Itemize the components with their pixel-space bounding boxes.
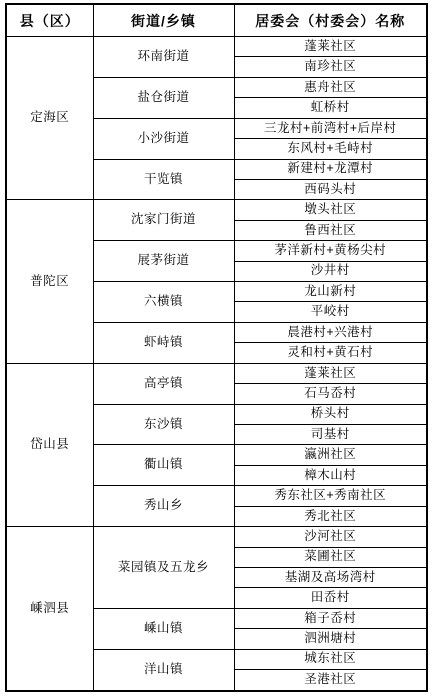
village-cell: 菜圃社区 bbox=[234, 547, 427, 567]
town-cell: 干览镇 bbox=[93, 159, 234, 200]
county-cell: 定海区 bbox=[6, 37, 93, 200]
village-cell: 晨港村+兴港村 bbox=[234, 322, 427, 342]
town-cell: 东沙镇 bbox=[93, 404, 234, 445]
village-cell: 司基村 bbox=[234, 425, 427, 445]
village-cell: 平峧村 bbox=[234, 302, 427, 322]
admin-divisions-table: 县（区） 街道/乡镇 居委会（村委会）名称 定海区 环南街道 蓬莱社区 南珍社区… bbox=[5, 3, 428, 692]
village-cell: 灵和村+黄石村 bbox=[234, 343, 427, 363]
village-cell: 秀东社区+秀南社区 bbox=[234, 486, 427, 506]
town-cell: 菜园镇及五龙乡 bbox=[93, 527, 234, 609]
village-cell: 龙山新村 bbox=[234, 282, 427, 302]
county-cell: 嵊泗县 bbox=[6, 527, 93, 691]
village-cell: 墩头社区 bbox=[234, 200, 427, 220]
header-village: 居委会（村委会）名称 bbox=[234, 4, 427, 37]
village-cell: 石马岙村 bbox=[234, 384, 427, 404]
village-cell: 蓬莱社区 bbox=[234, 37, 427, 57]
document-page: 县（区） 街道/乡镇 居委会（村委会）名称 定海区 环南街道 蓬莱社区 南珍社区… bbox=[0, 0, 432, 699]
header-town: 街道/乡镇 bbox=[93, 4, 234, 37]
town-cell: 沈家门街道 bbox=[93, 200, 234, 241]
town-cell: 高亭镇 bbox=[93, 363, 234, 404]
table-row: 定海区 环南街道 蓬莱社区 bbox=[6, 37, 427, 57]
village-cell: 沙河社区 bbox=[234, 527, 427, 547]
village-cell: 箱子岙村 bbox=[234, 608, 427, 628]
village-cell: 田岙村 bbox=[234, 588, 427, 608]
header-row: 县（区） 街道/乡镇 居委会（村委会）名称 bbox=[6, 4, 427, 37]
town-cell: 六横镇 bbox=[93, 282, 234, 323]
village-cell: 桥头村 bbox=[234, 404, 427, 424]
village-cell: 惠舟社区 bbox=[234, 77, 427, 97]
county-cell: 普陀区 bbox=[6, 200, 93, 363]
village-cell: 虹桥村 bbox=[234, 98, 427, 118]
village-cell: 泗洲塘村 bbox=[234, 629, 427, 649]
town-cell: 秀山乡 bbox=[93, 486, 234, 527]
town-cell: 环南街道 bbox=[93, 37, 234, 78]
table-row: 岱山县 高亭镇 蓬莱社区 bbox=[6, 363, 427, 383]
town-cell: 嵊山镇 bbox=[93, 608, 234, 649]
header-county: 县（区） bbox=[6, 4, 93, 37]
village-cell: 东风村+毛峙村 bbox=[234, 139, 427, 159]
village-cell: 鲁西社区 bbox=[234, 220, 427, 240]
town-cell: 虾峙镇 bbox=[93, 322, 234, 363]
village-cell: 西码头村 bbox=[234, 179, 427, 199]
town-cell: 洋山镇 bbox=[93, 649, 234, 691]
village-cell: 秀北社区 bbox=[234, 506, 427, 526]
town-cell: 衢山镇 bbox=[93, 445, 234, 486]
village-cell: 蓬莱社区 bbox=[234, 363, 427, 383]
town-cell: 盐仓街道 bbox=[93, 77, 234, 118]
town-cell: 小沙街道 bbox=[93, 118, 234, 159]
village-cell: 城东社区 bbox=[234, 649, 427, 669]
village-cell: 茅洋新村+黄杨尖村 bbox=[234, 241, 427, 261]
village-cell: 新建村+龙潭村 bbox=[234, 159, 427, 179]
village-cell: 瀛洲社区 bbox=[234, 445, 427, 465]
table-row: 普陀区 沈家门街道 墩头社区 bbox=[6, 200, 427, 220]
village-cell: 南珍社区 bbox=[234, 57, 427, 77]
table-row: 嵊泗县 菜园镇及五龙乡 沙河社区 bbox=[6, 527, 427, 547]
town-cell: 展茅街道 bbox=[93, 241, 234, 282]
village-cell: 沙井村 bbox=[234, 261, 427, 281]
village-cell: 基湖及高场湾村 bbox=[234, 567, 427, 587]
village-cell: 樟木山村 bbox=[234, 465, 427, 485]
village-cell: 圣港社区 bbox=[234, 670, 427, 691]
village-cell: 三龙村+前湾村+后岸村 bbox=[234, 118, 427, 138]
county-cell: 岱山县 bbox=[6, 363, 93, 526]
